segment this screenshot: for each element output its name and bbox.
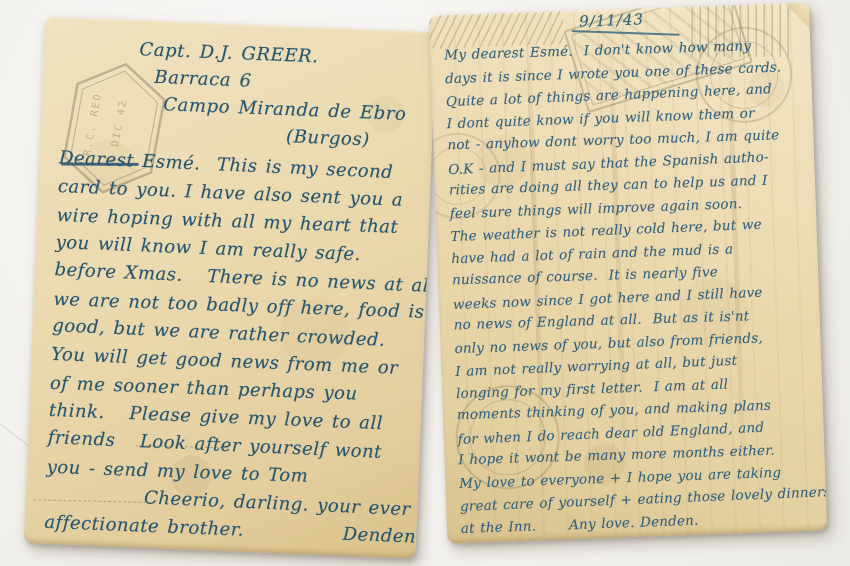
address-block: Capt. D.J. GREER.Barraca 6Campo Miranda … bbox=[136, 36, 409, 155]
right-postcard: 9/11/43 My dearest Esmé. I don't know ho… bbox=[429, 3, 827, 544]
photo-background: R.C. REO 8 DIC 42 Capt. D.J. GREER.Barra… bbox=[0, 0, 850, 566]
folded-corner bbox=[779, 3, 812, 36]
left-postcard: R.C. REO 8 DIC 42 Capt. D.J. GREER.Barra… bbox=[24, 16, 437, 558]
left-card-message: Dearest Esmé. This is my secondcard to y… bbox=[44, 145, 427, 551]
right-card-message: My dearest Esmé. I don't know how manyda… bbox=[444, 33, 823, 540]
date-annotation: 9/11/43 bbox=[579, 10, 644, 30]
handwritten-line: (Burgos) bbox=[286, 123, 406, 155]
ink-strikethrough bbox=[61, 162, 139, 165]
folded-corner-flap bbox=[784, 3, 810, 30]
